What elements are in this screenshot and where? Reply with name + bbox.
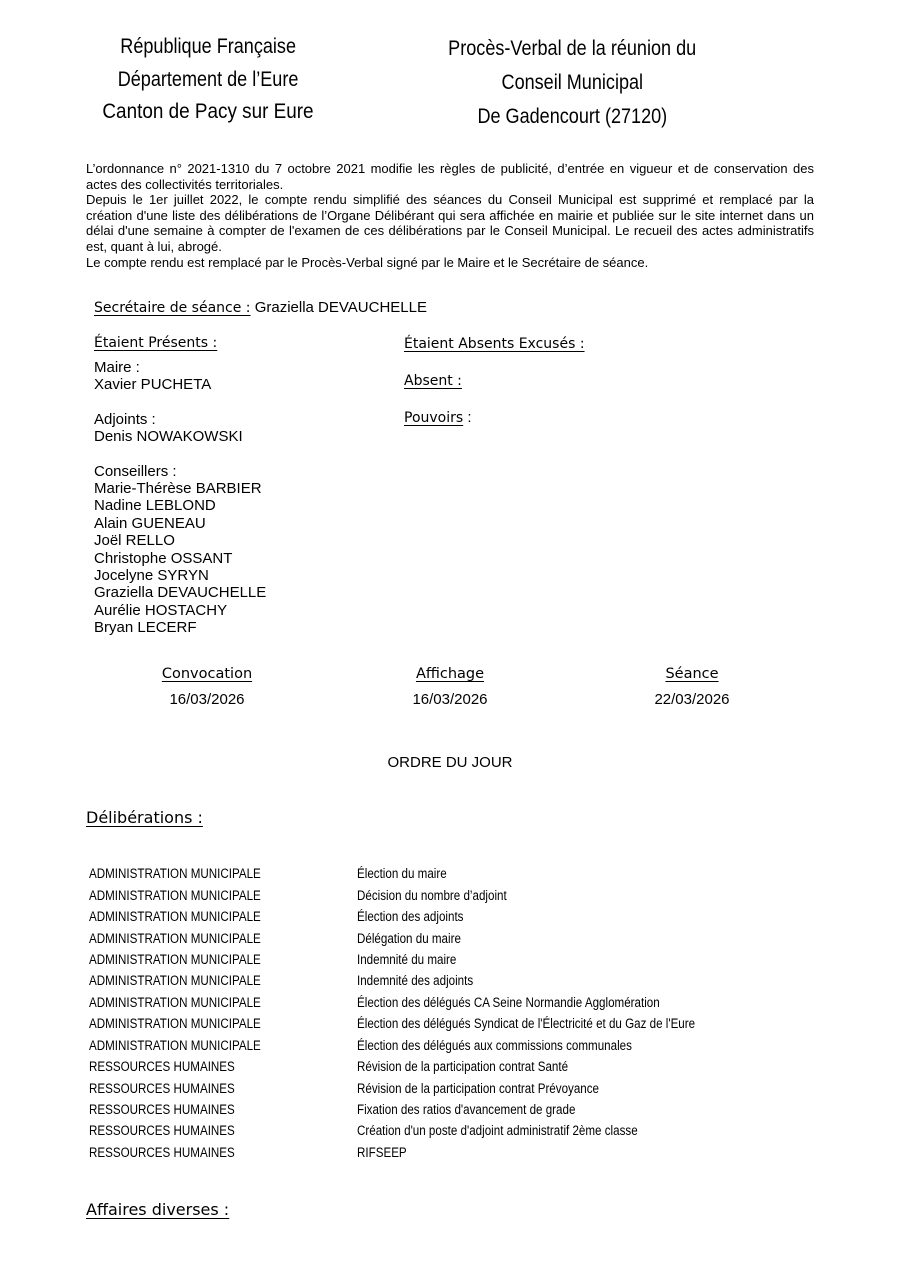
deliberation-category: RESSOURCES HUMAINES xyxy=(89,1056,357,1077)
deliberation-subject: Création d'un poste d'adjoint administra… xyxy=(357,1120,750,1141)
deliberation-subject: Élection du maire xyxy=(357,863,750,884)
deliberation-category: RESSOURCES HUMAINES xyxy=(89,1120,357,1141)
header-republic: République Française xyxy=(86,30,330,63)
header-canton: Canton de Pacy sur Eure xyxy=(98,100,318,124)
deliberation-category: RESSOURCES HUMAINES xyxy=(89,1077,357,1098)
document-title-line1: Procès-Verbal de la réunion du xyxy=(400,32,745,66)
absent-label: Absent : xyxy=(404,373,462,389)
councillor-name: Aurélie HOSTACHY xyxy=(94,602,394,619)
mayor-group: Maire : Xavier PUCHETA xyxy=(94,359,394,394)
councillor-name: Jocelyne SYRYN xyxy=(94,567,394,584)
councillor-name: Joël RELLO xyxy=(94,532,394,549)
date-label: Séance xyxy=(665,666,718,682)
table-row: ADMINISTRATION MUNICIPALEIndemnité des a… xyxy=(89,970,750,991)
deliberation-category: ADMINISTRATION MUNICIPALE xyxy=(89,992,357,1013)
present-column: Étaient Présents : Maire : Xavier PUCHET… xyxy=(94,334,394,654)
table-row: ADMINISTRATION MUNICIPALEÉlection du mai… xyxy=(89,863,750,884)
date-value: 16/03/2026 xyxy=(132,690,282,710)
deliberation-subject: Élection des adjoints xyxy=(357,906,750,927)
councillor-name: Bryan LECERF xyxy=(94,619,394,636)
deliberation-subject: Révision de la participation contrat Pré… xyxy=(357,1077,750,1098)
table-row: RESSOURCES HUMAINESRIFSEEP xyxy=(89,1142,750,1163)
deliberation-category: ADMINISTRATION MUNICIPALE xyxy=(89,863,357,884)
secretary-label: Secrétaire de séance : xyxy=(94,300,251,316)
table-row: ADMINISTRATION MUNICIPALEÉlection des ad… xyxy=(89,906,750,927)
deliberation-category: RESSOURCES HUMAINES xyxy=(89,1142,357,1163)
councillor-name: Alain GUENEAU xyxy=(94,515,394,532)
deliberation-subject: Révision de la participation contrat San… xyxy=(357,1056,750,1077)
deliberation-category: ADMINISTRATION MUNICIPALE xyxy=(89,927,357,948)
header-department: Département de l’Eure xyxy=(86,63,330,96)
date-seance: Séance 22/03/2026 xyxy=(617,664,767,710)
table-row: ADMINISTRATION MUNICIPALEÉlection des dé… xyxy=(89,1013,750,1034)
secretary-line: Secrétaire de séance : Graziella DEVAUCH… xyxy=(94,299,427,316)
header-left: République Française Département de l’Eu… xyxy=(86,30,330,124)
deliberation-category: ADMINISTRATION MUNICIPALE xyxy=(89,906,357,927)
date-convocation: Convocation 16/03/2026 xyxy=(132,664,282,710)
absent-heading: Étaient Absents Excusés : xyxy=(404,336,585,352)
deliberation-subject: Décision du nombre d’adjoint xyxy=(357,884,750,905)
table-row: RESSOURCES HUMAINESRévision de la partic… xyxy=(89,1056,750,1077)
deliberations-heading: Délibérations : xyxy=(86,808,203,828)
table-row: ADMINISTRATION MUNICIPALEDécision du nom… xyxy=(89,884,750,905)
table-row: ADMINISTRATION MUNICIPALEIndemnité du ma… xyxy=(89,949,750,970)
deliberation-category: ADMINISTRATION MUNICIPALE xyxy=(89,949,357,970)
mayor-label: Maire : xyxy=(94,359,394,376)
absent-column: Étaient Absents Excusés : Absent : Pouvo… xyxy=(404,334,704,445)
proxies-label: Pouvoirs xyxy=(404,410,463,426)
deliberation-category: ADMINISTRATION MUNICIPALE xyxy=(89,1035,357,1056)
intro-paragraph: L’ordonnance n° 2021-1310 du 7 octobre 2… xyxy=(86,161,814,192)
deliberation-category: ADMINISTRATION MUNICIPALE xyxy=(89,1013,357,1034)
deliberation-subject: Délégation du maire xyxy=(357,927,750,948)
deputy-name: Denis NOWAKOWSKI xyxy=(94,428,394,445)
table-row: ADMINISTRATION MUNICIPALEDélégation du m… xyxy=(89,927,750,948)
date-value: 22/03/2026 xyxy=(617,690,767,710)
deliberation-subject: Indemnité du maire xyxy=(357,949,750,970)
intro-paragraph: Le compte rendu est remplacé par le Proc… xyxy=(86,255,814,271)
date-label: Affichage xyxy=(416,666,484,682)
document-title-line2: Conseil Municipal xyxy=(400,66,745,100)
deliberation-subject: Fixation des ratios d'avancement de grad… xyxy=(357,1099,750,1120)
deliberation-subject: Élection des délégués CA Seine Normandie… xyxy=(357,992,750,1013)
table-row: ADMINISTRATION MUNICIPALEÉlection des dé… xyxy=(89,1035,750,1056)
proxies-colon: : xyxy=(463,409,471,426)
table-row: ADMINISTRATION MUNICIPALEÉlection des dé… xyxy=(89,992,750,1013)
deliberation-subject: Élection des délégués Syndicat de l'Élec… xyxy=(357,1013,750,1034)
councillor-name: Nadine LEBLOND xyxy=(94,497,394,514)
deputies-label: Adjoints : xyxy=(94,411,394,428)
intro-text: L’ordonnance n° 2021-1310 du 7 octobre 2… xyxy=(86,161,814,270)
councillors-label: Conseillers : xyxy=(94,463,394,480)
present-heading: Étaient Présents : xyxy=(94,335,217,351)
mayor-name: Xavier PUCHETA xyxy=(94,376,394,393)
deliberation-category: RESSOURCES HUMAINES xyxy=(89,1099,357,1120)
deliberation-category: ADMINISTRATION MUNICIPALE xyxy=(89,884,357,905)
councillor-name: Graziella DEVAUCHELLE xyxy=(94,584,394,601)
date-value: 16/03/2026 xyxy=(375,690,525,710)
agenda-title: ORDRE DU JOUR xyxy=(0,754,900,771)
intro-paragraph: Depuis le 1er juillet 2022, le compte re… xyxy=(86,192,814,254)
deliberation-subject: Élection des délégués aux commissions co… xyxy=(357,1035,750,1056)
table-row: RESSOURCES HUMAINESRévision de la partic… xyxy=(89,1077,750,1098)
document-title-line3: De Gadencourt (27120) xyxy=(400,100,745,134)
councillor-name: Marie-Thérèse BARBIER xyxy=(94,480,394,497)
deliberation-category: ADMINISTRATION MUNICIPALE xyxy=(89,970,357,991)
secretary-name: Graziella DEVAUCHELLE xyxy=(255,299,427,316)
date-label: Convocation xyxy=(162,666,252,682)
deliberation-subject: RIFSEEP xyxy=(357,1142,750,1163)
councillors-group: Conseillers : Marie-Thérèse BARBIER Nadi… xyxy=(94,463,394,637)
header-right: Procès-Verbal de la réunion du Conseil M… xyxy=(400,32,745,134)
deliberation-subject: Indemnité des adjoints xyxy=(357,970,750,991)
date-affichage: Affichage 16/03/2026 xyxy=(375,664,525,710)
table-row: RESSOURCES HUMAINESCréation d'un poste d… xyxy=(89,1120,750,1141)
table-row: RESSOURCES HUMAINESFixation des ratios d… xyxy=(89,1099,750,1120)
misc-heading: Affaires diverses : xyxy=(86,1200,229,1220)
deputies-group: Adjoints : Denis NOWAKOWSKI xyxy=(94,411,394,446)
deliberations-table: ADMINISTRATION MUNICIPALEÉlection du mai… xyxy=(89,863,750,1163)
councillor-name: Christophe OSSANT xyxy=(94,550,394,567)
